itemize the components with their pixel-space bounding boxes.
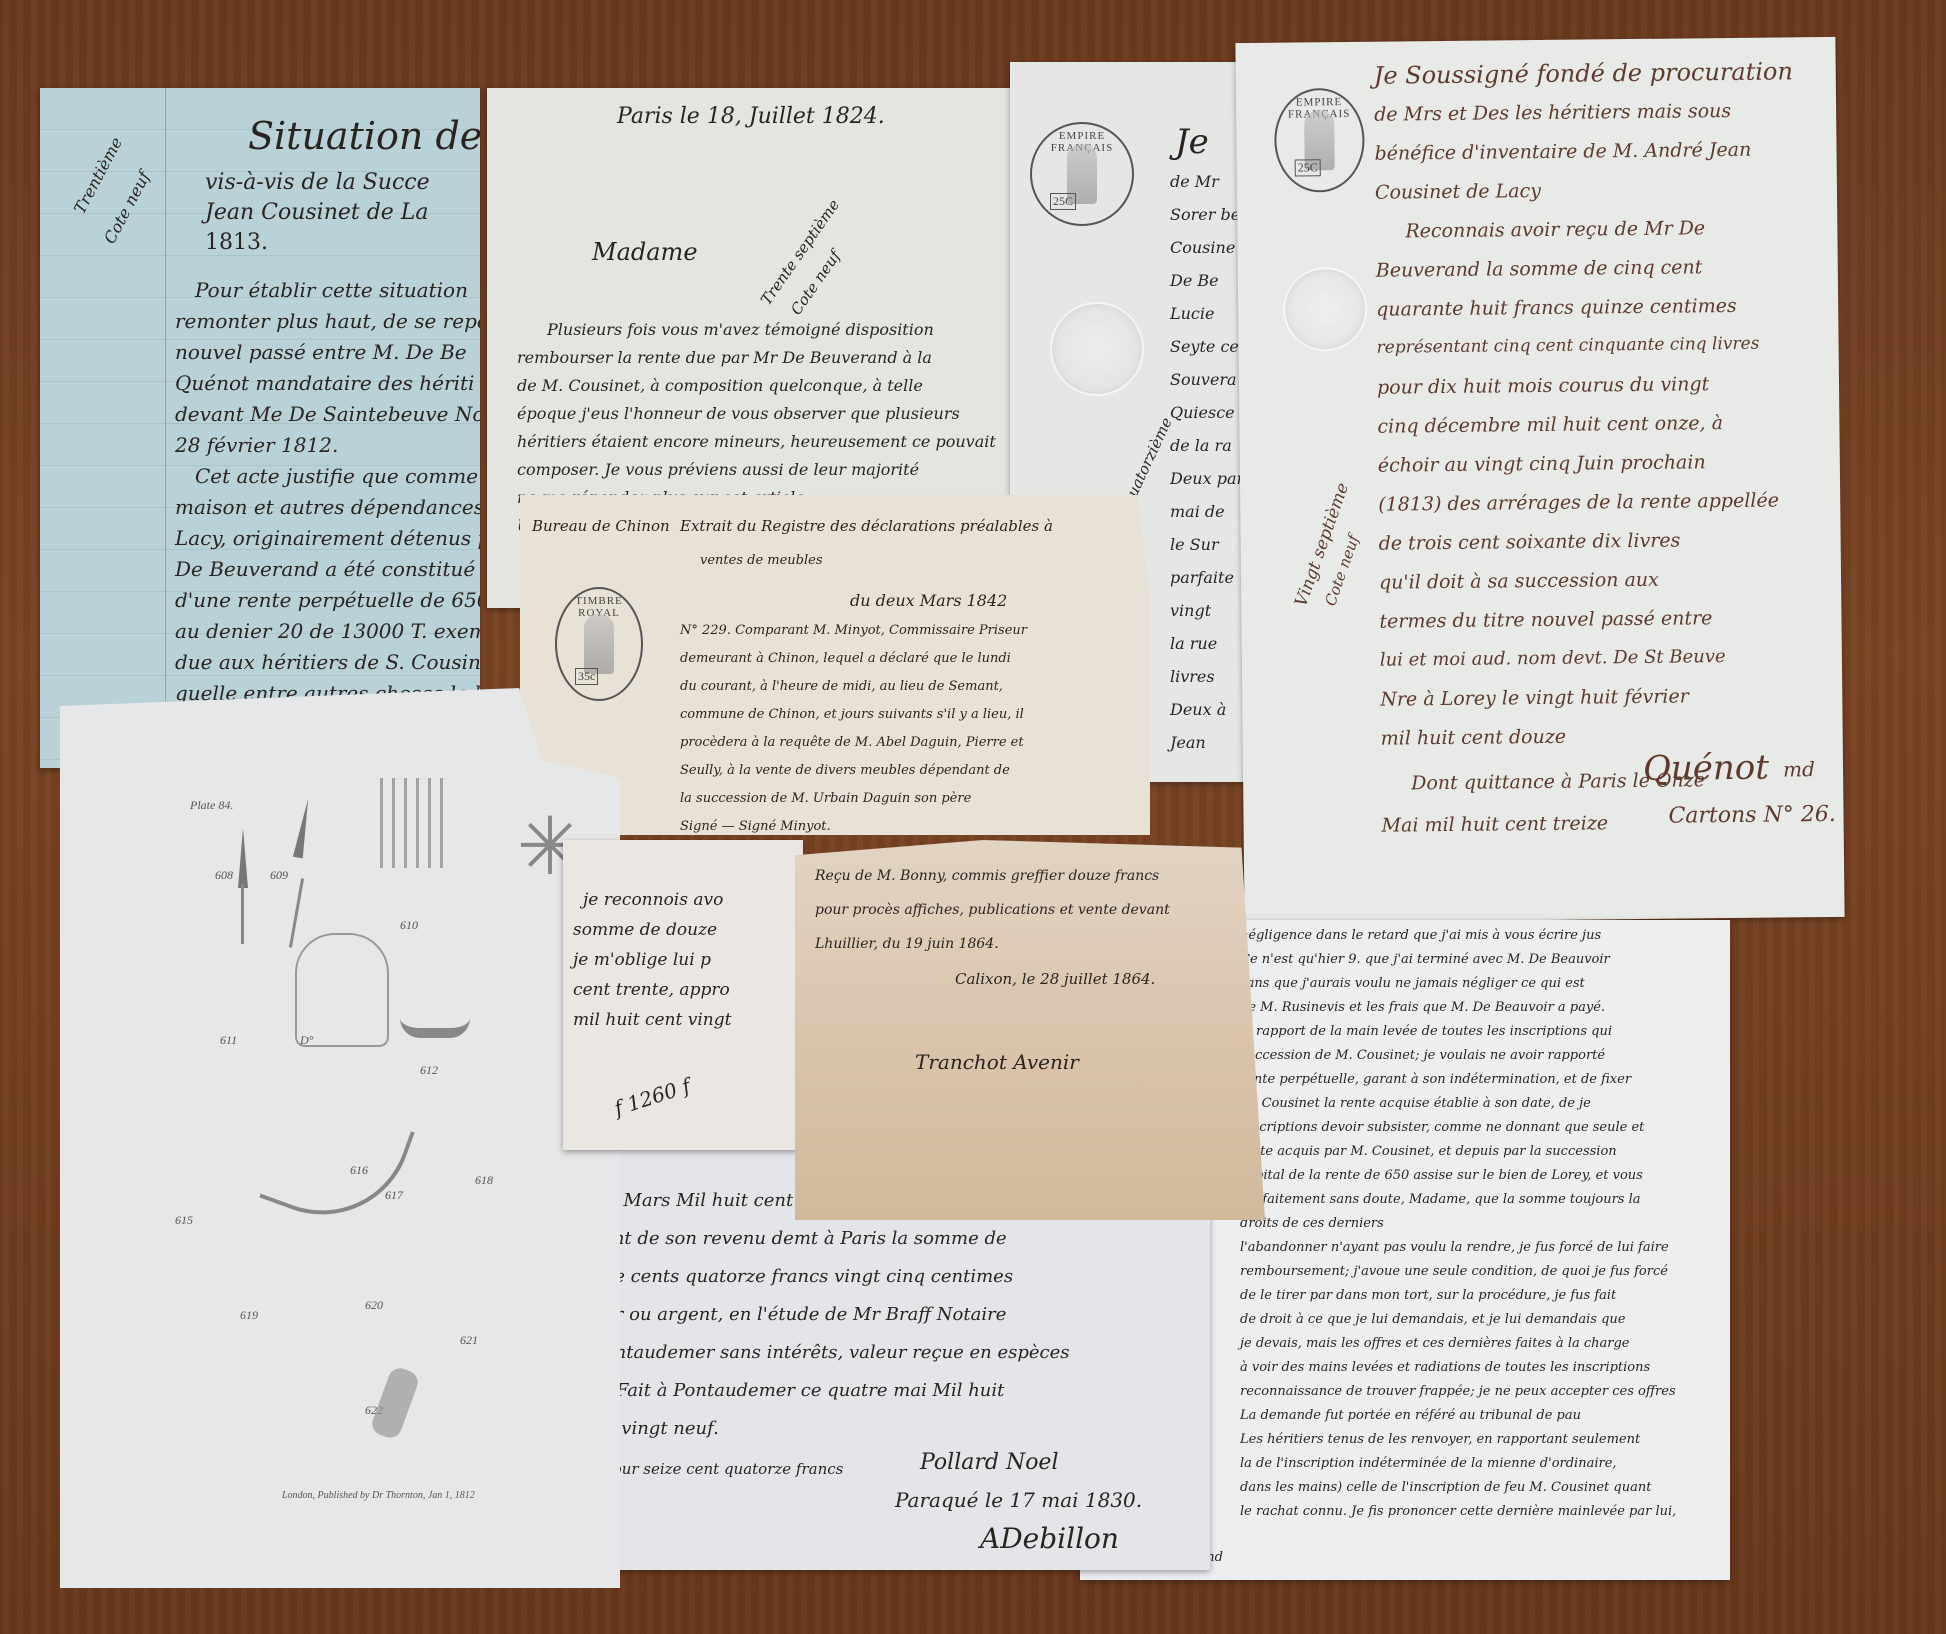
receipt-amount: f 1260 f xyxy=(611,1073,693,1120)
text-line: cinq décembre mil huit cent onze, à xyxy=(1377,411,1797,454)
text-line: Je Soussigné fondé de procuration xyxy=(1374,57,1794,103)
situation-document: Situation de M vis-à-vis de la Succe Jea… xyxy=(40,88,480,768)
text-line: cette acquis par M. Cousinet, et depuis … xyxy=(1240,1144,1676,1168)
text-line: je devais, mais les offres et ces derniè… xyxy=(1240,1336,1676,1360)
text-line: Cousinet de Lacy xyxy=(1375,177,1795,220)
douze-body: je reconnois avo somme de douze je m'obl… xyxy=(573,890,731,1040)
situation-subtitle-2: Jean Cousinet de La xyxy=(205,200,429,225)
text-line: Cousine xyxy=(1170,238,1244,271)
text-line: pour dix huit mois courus du vingt xyxy=(1377,372,1797,415)
text-line: (1813) des arrérages de la rente appellé… xyxy=(1378,489,1798,532)
empire-left-body: de Mr Sorer be Cousine De Be Lucie Seyte… xyxy=(1170,172,1244,766)
text-line: négligence dans le retard que j'ai mis à… xyxy=(1240,928,1676,952)
text-line: Lucie xyxy=(1170,304,1244,337)
text-line: Quénot mandataire des hériti xyxy=(175,371,480,402)
figure-label: 610 xyxy=(400,918,418,933)
mercury-figure-icon xyxy=(584,614,614,674)
text-line: pour procès affiches, publications et ve… xyxy=(815,902,1170,936)
signature: ADebillon xyxy=(980,1522,1119,1555)
carton-reference: Cartons N° 26. xyxy=(1668,802,1835,829)
stamp-value: 35c xyxy=(575,668,598,685)
text-line: Plusieurs fois vous m'avez témoigné disp… xyxy=(547,320,1017,348)
text-line: en or ou argent, en l'étude de Mr Braff … xyxy=(576,1304,1070,1342)
text-line: cent trente, appro xyxy=(573,980,731,1010)
text-line: représentant cinq cent cinquante cinq li… xyxy=(1377,333,1797,376)
text-line: le rapport de la main levée de toutes le… xyxy=(1240,1024,1676,1048)
text-line: Lacy, originairement détenus par xyxy=(175,526,480,557)
debillon-body: trois Mars Mil huit cent trente à Mr Ant… xyxy=(576,1190,1070,1456)
letter-opening: Je xyxy=(1175,122,1209,162)
text-line: Reçu de M. Bonny, commis greffier douze … xyxy=(815,868,1170,902)
text-line: droits de ces derniers xyxy=(1240,1216,1676,1240)
botanical-plate: Plate 84. 608 609 610 ✳ 611 D° 612 615 6… xyxy=(60,688,620,1588)
text-line: nouvel passé entre M. De Be xyxy=(175,340,480,371)
text-line: Nre à Lorey le vingt huit février xyxy=(1380,684,1800,727)
text-line: époque j'eus l'honneur de vous observer … xyxy=(517,404,996,432)
text-line: d'une rente perpétuelle de 650 Tou xyxy=(175,588,480,619)
receipt-body: Je Soussigné fondé de procuration de Mrs… xyxy=(1374,57,1801,856)
stamen-illustration xyxy=(241,884,244,944)
stamen-illustration xyxy=(293,798,313,859)
text-line: à Pontaudemer sans intérêts, valeur reçu… xyxy=(576,1342,1070,1380)
figure-label: 615 xyxy=(175,1213,193,1228)
text-line: Seize cents quatorze francs vingt cinq c… xyxy=(576,1266,1070,1304)
text-line: Beuverand la somme de cinq cent xyxy=(1376,255,1796,298)
text-line: quarante huit francs quinze centimes xyxy=(1376,294,1796,337)
text-line: Reconnais avoir reçu de Mr De xyxy=(1405,216,1825,259)
text-line: de droit à ce que je lui demandais, et j… xyxy=(1240,1312,1676,1336)
figure-label: 620 xyxy=(365,1298,383,1313)
text-line: héritiers étaient encore mineurs, heureu… xyxy=(517,432,996,460)
text-line: N° 229. Comparant M. Minyot, Commissaire… xyxy=(680,623,1027,651)
embossed-seal-icon xyxy=(1050,302,1144,396)
stamen-illustration xyxy=(289,878,304,947)
text-line: inscriptions devoir subsister, comme ne … xyxy=(1240,1120,1676,1144)
figure-label: 617 xyxy=(385,1188,403,1203)
timbre-royal-body: N° 229. Comparant M. Minyot, Commissaire… xyxy=(680,623,1027,835)
text-line: de M. Rusinevis et les frais que M. De B… xyxy=(1240,1000,1676,1024)
text-line: au denier 20 de 13000 T. exempte xyxy=(175,619,480,650)
text-line: de M. Cousinet, à composition quelconque… xyxy=(517,376,996,404)
text-line: due aux héritiers de S. Cousinet xyxy=(175,650,480,681)
figure-label: 609 xyxy=(270,868,288,883)
text-line: Fait à Pontaudemer ce quatre mai Mil hui… xyxy=(616,1380,1110,1418)
letter-salutation: Madame xyxy=(592,238,698,266)
text-line: l'abandonner n'ayant pas voulu la rendre… xyxy=(1240,1240,1676,1264)
text-line: dans les mains) celle de l'inscription d… xyxy=(1240,1480,1676,1504)
text-line: qu'il doit à sa succession aux xyxy=(1379,567,1799,610)
stamen-illustration xyxy=(238,828,248,888)
text-line: Seyte ce xyxy=(1170,337,1244,370)
text-line: succession de M. Cousinet; je voulais ne… xyxy=(1240,1048,1676,1072)
situation-title: Situation de M xyxy=(248,114,480,158)
anther-cluster-illustration xyxy=(380,778,450,868)
text-line: bénéfice d'inventaire de M. André Jean xyxy=(1374,138,1794,181)
text-line: De Be xyxy=(1170,271,1244,304)
figure-label: 608 xyxy=(215,868,233,883)
text-line: 28 février 1812. xyxy=(175,433,480,464)
text-line: le rachat connu. Je fis prononcer cette … xyxy=(1240,1504,1676,1528)
figure-label: 612 xyxy=(420,1063,438,1078)
text-line: Calixon, le 28 juillet 1864. xyxy=(955,970,1265,1004)
situation-year: 1813. xyxy=(205,230,268,255)
stamp-value: 25C xyxy=(1295,159,1321,176)
text-line: de le tirer par dans mon tort, sur la pr… xyxy=(1240,1288,1676,1312)
text-line: demeurant à Chinon, lequel a déclaré que… xyxy=(680,651,1027,679)
text-line: de Mr xyxy=(1170,172,1244,205)
text-line: Cet acte justifie que comme xyxy=(195,464,480,495)
text-line: de Mrs et Des les héritiers mais sous xyxy=(1374,99,1794,142)
signature: Quénot xyxy=(1643,748,1769,789)
text-line: parfaite xyxy=(1170,568,1244,601)
curved-style-illustration xyxy=(259,1090,415,1240)
text-line: Souvera xyxy=(1170,370,1244,403)
paraque-date: Paraqué le 17 mai 1830. xyxy=(895,1488,1142,1512)
bureau-header: Bureau de Chinon xyxy=(532,517,670,535)
extract-date: du deux Mars 1842 xyxy=(850,591,1007,610)
publisher-imprint: London, Published by Dr Thornton, Jan 1,… xyxy=(282,1490,475,1501)
empire-francais-stamp: EMPIRE FRANÇAIS 25C xyxy=(1274,88,1365,193)
text-line: capital de la rente de 650 assise sur le… xyxy=(1240,1168,1676,1192)
text-line: mai de xyxy=(1170,502,1244,535)
figure-label: 618 xyxy=(475,1173,493,1188)
margin-rule xyxy=(165,88,166,768)
text-line: Les héritiers tenus de les renvoyer, en … xyxy=(1240,1432,1676,1456)
text-line: somme de douze xyxy=(573,920,731,950)
text-line: livres xyxy=(1170,667,1244,700)
extract-header-2: ventes de meubles xyxy=(700,553,823,568)
extract-header: Extrait du Registre des déclarations pré… xyxy=(680,517,1053,535)
text-line: du courant, à l'heure de midi, au lieu d… xyxy=(680,679,1027,707)
text-line: la de l'inscription indéterminée de la m… xyxy=(1240,1456,1676,1480)
text-line: la succession de M. Urbain Daguin son pè… xyxy=(680,791,1027,819)
text-line: le Sur xyxy=(1170,535,1244,568)
douze-receipt: je reconnois avo somme de douze je m'obl… xyxy=(563,840,803,1150)
calixon-note: Reçu de M. Bonny, commis greffier douze … xyxy=(795,840,1265,1220)
figure-label: 621 xyxy=(460,1333,478,1348)
text-line: la rue xyxy=(1170,634,1244,667)
text-line: Sorer be xyxy=(1170,205,1244,238)
text-line: je reconnois avo xyxy=(583,890,741,920)
text-line: Deux par xyxy=(1170,469,1244,502)
text-line: échoir au vingt cinq Juin prochain xyxy=(1378,450,1798,493)
text-line: Deux à xyxy=(1170,700,1244,733)
timbre-royal-stamp: TIMBRE ROYAL 35c xyxy=(555,587,643,701)
text-line: de trois cent soixante dix livres xyxy=(1379,528,1799,571)
text-line: commune de Chinon, et jours suivants s'i… xyxy=(680,707,1027,735)
stamp-value: 25C xyxy=(1050,193,1076,210)
signature-suffix: md xyxy=(1783,757,1815,781)
signature: Pollard Noel xyxy=(920,1450,1059,1475)
text-line: maison et autres dépendances sise xyxy=(175,495,480,526)
text-line: termes du titre nouvel passé entre xyxy=(1379,606,1799,649)
text-line: Ce n'est qu'hier 9. que j'ai terminé ave… xyxy=(1240,952,1676,976)
text-line: reconnaissance de trouver frappée; je ne… xyxy=(1240,1384,1676,1408)
text-line: Seully, à la vente de divers meubles dép… xyxy=(680,763,1027,791)
figure-label: 619 xyxy=(240,1308,258,1323)
text-line: Pour établir cette situation xyxy=(195,278,480,309)
text-line: procèdera à la requête de M. Abel Daguin… xyxy=(680,735,1027,763)
text-line: lui et moi aud. nom devt. De St Beuve xyxy=(1380,645,1800,688)
text-line: parfaitement sans doute, Madame, que la … xyxy=(1240,1192,1676,1216)
text-line: M. Cousinet la rente acquise établie à s… xyxy=(1240,1096,1676,1120)
text-line: sans que j'aurais voulu ne jamais néglig… xyxy=(1240,976,1676,1000)
text-line: rembourser la rente due par Mr De Beuver… xyxy=(517,348,996,376)
calixon-body: Reçu de M. Bonny, commis greffier douze … xyxy=(815,868,1170,1004)
plate-title: Plate 84. xyxy=(190,798,233,813)
text-line: mil huit cent vingt xyxy=(573,1010,731,1040)
text-line: composer. Je vous préviens aussi de leur… xyxy=(517,460,996,488)
text-line: vivant de son revenu demt à Paris la som… xyxy=(576,1228,1070,1266)
signature: Tranchot Avenir xyxy=(915,1050,1079,1074)
empire-francais-stamp: EMPIRE FRANÇAIS 25C xyxy=(1030,122,1134,226)
embossed-seal-icon xyxy=(1283,267,1368,352)
situation-subtitle-1: vis-à-vis de la Succe xyxy=(205,170,430,195)
text-line: Signé — Signé Minyot. xyxy=(680,819,1027,835)
text-line: à voir des mains levées et radiations de… xyxy=(1240,1360,1676,1384)
figure-label: 611 xyxy=(220,1033,237,1048)
text-line: de la ra xyxy=(1170,436,1244,469)
text-line: remboursement; j'avoue une seule conditi… xyxy=(1240,1264,1676,1288)
empire-receipt: EMPIRE FRANÇAIS 25C Vingt septième Cote … xyxy=(1235,37,1844,923)
text-line: je m'oblige lui p xyxy=(573,950,731,980)
text-line: Quiesce xyxy=(1170,403,1244,436)
text-line: Lhuillier, du 19 juin 1864. xyxy=(815,936,1170,970)
text-line: La demande fut portée en référé au tribu… xyxy=(1240,1408,1676,1432)
text-line: remonter plus haut, de se repo xyxy=(175,309,480,340)
flower-illustration xyxy=(295,933,389,1047)
text-line: vingt xyxy=(1170,601,1244,634)
text-line: Jean xyxy=(1170,733,1244,766)
letter-dateline: Paris le 18, Juillet 1824. xyxy=(617,104,885,129)
text-line: rente perpétuelle, garant à son indéterm… xyxy=(1240,1072,1676,1096)
text-line: devant Me De Saintebeuve No xyxy=(175,402,480,433)
text-line: De Beuverand a été constitué et xyxy=(175,557,480,588)
crown-illustration xyxy=(400,958,470,1038)
